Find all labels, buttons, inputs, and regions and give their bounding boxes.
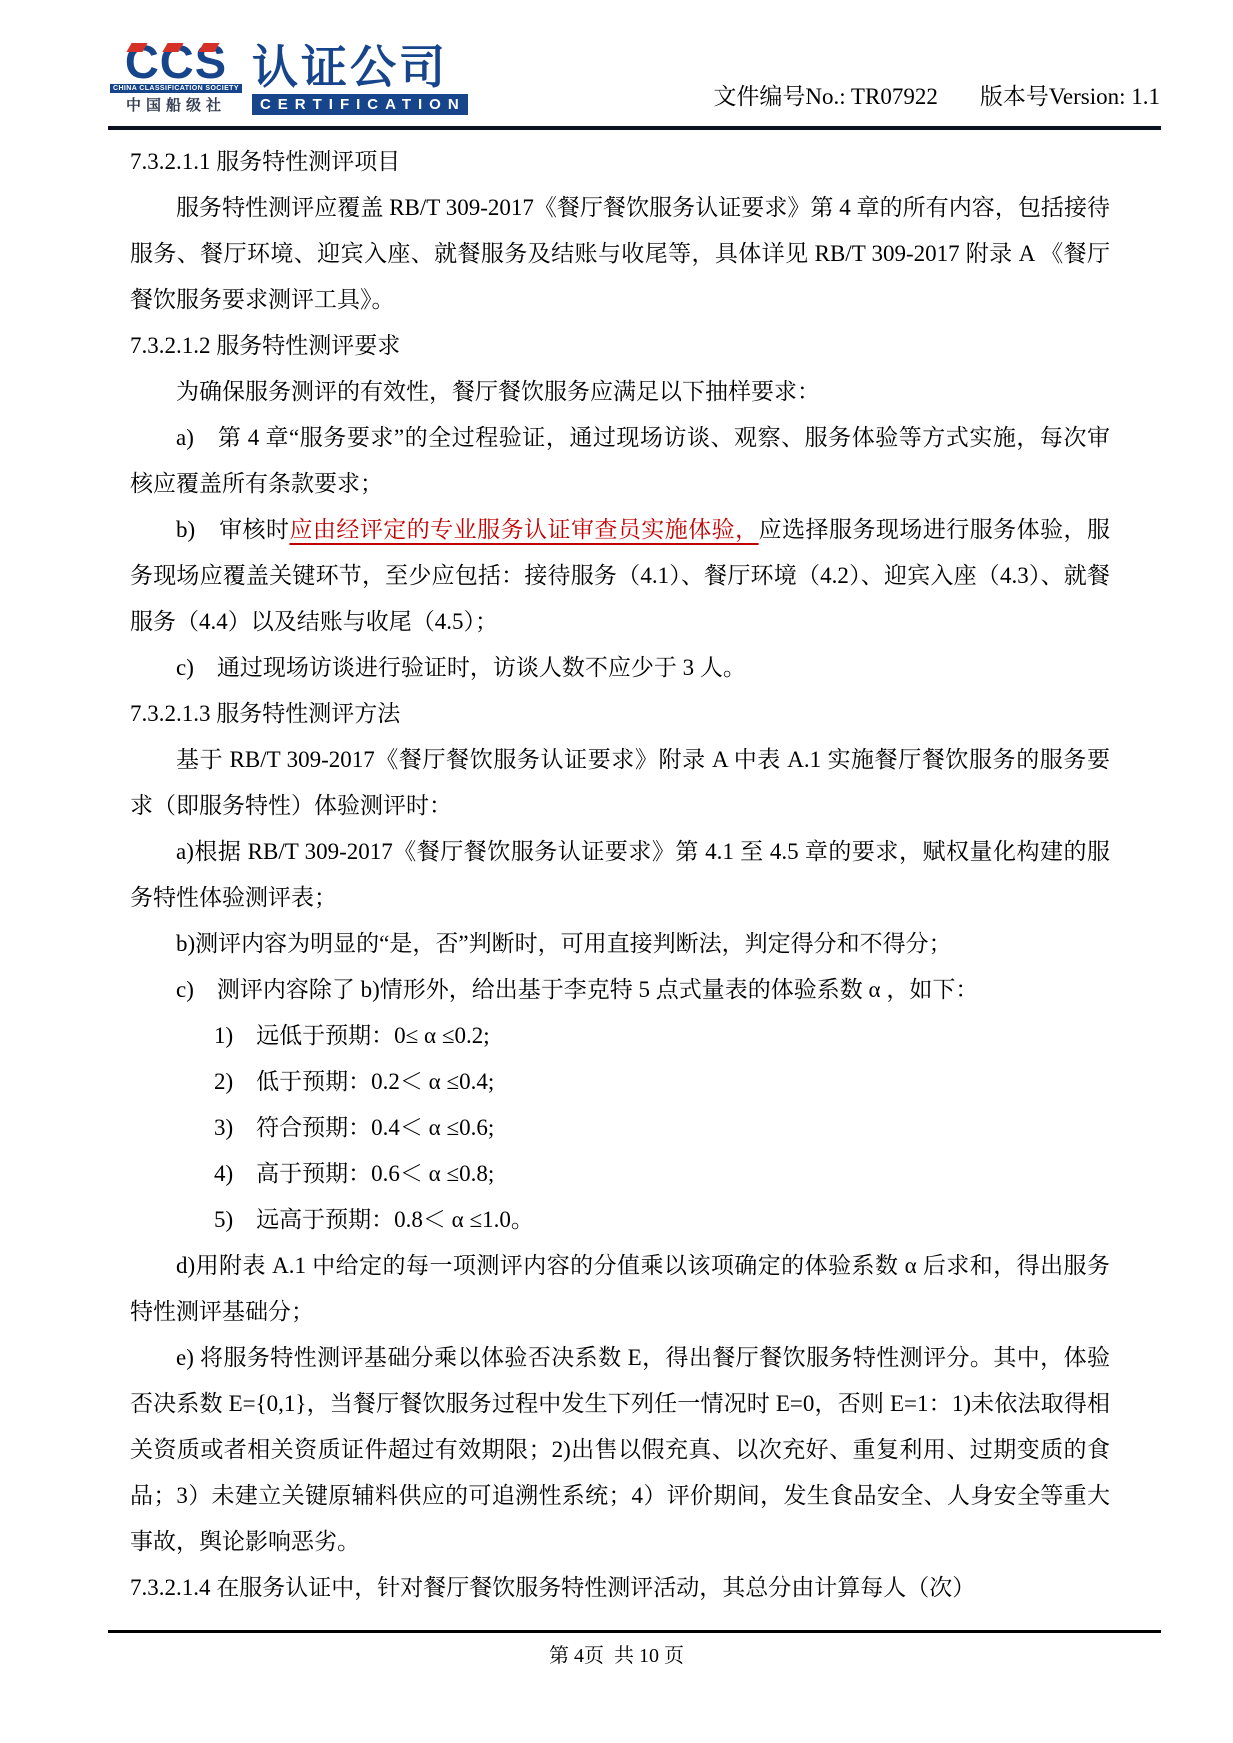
section-heading: 7.3.2.1.1 服务特性测评项目	[130, 139, 1110, 185]
doc-number: 文件编号No.: TR07922	[713, 84, 937, 109]
ccs-logo-left: CCS CHINA CLASSIFICATION SOCIETY 中国船级社	[110, 42, 242, 115]
document-page: CCS CHINA CLASSIFICATION SOCIETY 中国船级社 认…	[0, 0, 1233, 1743]
paragraph: 为确保服务测评的有效性，餐厅餐饮服务应满足以下抽样要求：	[130, 369, 1110, 415]
text-run: e) 将服务特性测评基础分乘以体验否决系数 E，得出餐厅餐饮服务特性测评分。其中…	[130, 1345, 1110, 1554]
text-run: 3) 符合预期：0.4＜ α ≤0.6;	[214, 1115, 494, 1140]
page-header: CCS CHINA CLASSIFICATION SOCIETY 中国船级社 认…	[110, 42, 1160, 115]
ccs-logo: CCS CHINA CLASSIFICATION SOCIETY 中国船级社 认…	[110, 42, 468, 115]
text-run: 7.3.2.1.2 服务特性测评要求	[130, 333, 400, 358]
ccs-logo-text: CCS	[125, 42, 227, 82]
text-run: 4) 高于预期：0.6＜ α ≤0.8;	[214, 1161, 494, 1186]
list-item: 5) 远高于预期：0.8＜ α ≤1.0。	[130, 1197, 1110, 1243]
red-underlined-text: 应由经评定的专业服务认证审查员实施体验，	[289, 517, 758, 542]
paragraph: c) 通过现场访谈进行验证时，访谈人数不应少于 3 人。	[130, 645, 1110, 691]
section-heading: 7.3.2.1.4 在服务认证中，针对餐厅餐饮服务特性测评活动，其总分由计算每人…	[130, 1565, 1110, 1611]
paragraph: 服务特性测评应覆盖 RB/T 309-2017《餐厅餐饮服务认证要求》第 4 章…	[130, 185, 1110, 323]
paragraph: d)用附表 A.1 中给定的每一项测评内容的分值乘以该项确定的体验系数 α 后求…	[130, 1243, 1110, 1335]
text-run: b) 审核时	[176, 517, 289, 542]
text-run: c) 通过现场访谈进行验证时，访谈人数不应少于 3 人。	[176, 655, 746, 680]
text-run: 基于 RB/T 309-2017《餐厅餐饮服务认证要求》附录 A 中表 A.1 …	[130, 747, 1110, 818]
version-number: 版本号Version: 1.1	[980, 84, 1160, 109]
paragraph: c) 测评内容除了 b)情形外，给出基于李克特 5 点式量表的体验系数 α ，如…	[130, 967, 1110, 1013]
text-run: c) 测评内容除了 b)情形外，给出基于李克特 5 点式量表的体验系数 α ，如…	[176, 977, 978, 1002]
paragraph: a)根据 RB/T 309-2017《餐厅餐饮服务认证要求》第 4.1 至 4.…	[130, 829, 1110, 921]
section-heading: 7.3.2.1.2 服务特性测评要求	[130, 323, 1110, 369]
text-run: a)根据 RB/T 309-2017《餐厅餐饮服务认证要求》第 4.1 至 4.…	[130, 839, 1110, 910]
text-run: a) 第 4 章“服务要求”的全过程验证，通过现场访谈、观察、服务体验等方式实施…	[130, 425, 1110, 496]
document-meta: 文件编号No.: TR07922版本号Version: 1.1	[713, 78, 1160, 115]
paragraph: b)测评内容为明显的“是，否”判断时，可用直接判断法，判定得分和不得分；	[130, 921, 1110, 967]
header-divider	[108, 126, 1161, 130]
list-item: 1) 远低于预期：0≤ α ≤0.2;	[130, 1013, 1110, 1059]
text-run: 7.3.2.1.1 服务特性测评项目	[130, 149, 400, 174]
document-body: 7.3.2.1.1 服务特性测评项目服务特性测评应覆盖 RB/T 309-201…	[130, 139, 1110, 1619]
ccs-company-name: 认证公司	[252, 45, 468, 91]
text-run: 7.3.2.1.4 在服务认证中，针对餐厅餐饮服务特性测评活动，其总分由计算每人…	[130, 1575, 975, 1600]
text-run: b)测评内容为明显的“是，否”判断时，可用直接判断法，判定得分和不得分；	[176, 931, 952, 956]
certification-bar: CERTIFICATION	[252, 94, 468, 115]
text-run: 服务特性测评应覆盖 RB/T 309-2017《餐厅餐饮服务认证要求》第 4 章…	[130, 195, 1110, 312]
text-run: d)用附表 A.1 中给定的每一项测评内容的分值乘以该项确定的体验系数 α 后求…	[130, 1253, 1110, 1324]
list-item: 2) 低于预期：0.2＜ α ≤0.4;	[130, 1059, 1110, 1105]
paragraph: a) 第 4 章“服务要求”的全过程验证，通过现场访谈、观察、服务体验等方式实施…	[130, 415, 1110, 507]
paragraph: 基于 RB/T 309-2017《餐厅餐饮服务认证要求》附录 A 中表 A.1 …	[130, 737, 1110, 829]
text-run: 2) 低于预期：0.2＜ α ≤0.4;	[214, 1069, 494, 1094]
text-run: 7.3.2.1.3 服务特性测评方法	[130, 701, 400, 726]
text-run: 5) 远高于预期：0.8＜ α ≤1.0。	[214, 1207, 534, 1232]
footer-divider	[108, 1630, 1161, 1633]
page-number: 第 4页 共 10 页	[0, 1639, 1233, 1668]
paragraph: e) 将服务特性测评基础分乘以体验否决系数 E，得出餐厅餐饮服务特性测评分。其中…	[130, 1335, 1110, 1565]
ccs-society-name-cn: 中国船级社	[126, 94, 226, 115]
paragraph: b) 审核时应由经评定的专业服务认证审查员实施体验，应选择服务现场进行服务体验，…	[130, 507, 1110, 645]
text-run: 1) 远低于预期：0≤ α ≤0.2;	[214, 1023, 490, 1048]
section-heading: 7.3.2.1.3 服务特性测评方法	[130, 691, 1110, 737]
list-item: 4) 高于预期：0.6＜ α ≤0.8;	[130, 1151, 1110, 1197]
ccs-logo-right: 认证公司 CERTIFICATION	[252, 45, 468, 115]
list-item: 3) 符合预期：0.4＜ α ≤0.6;	[130, 1105, 1110, 1151]
text-run: 为确保服务测评的有效性，餐厅餐饮服务应满足以下抽样要求：	[176, 379, 820, 404]
